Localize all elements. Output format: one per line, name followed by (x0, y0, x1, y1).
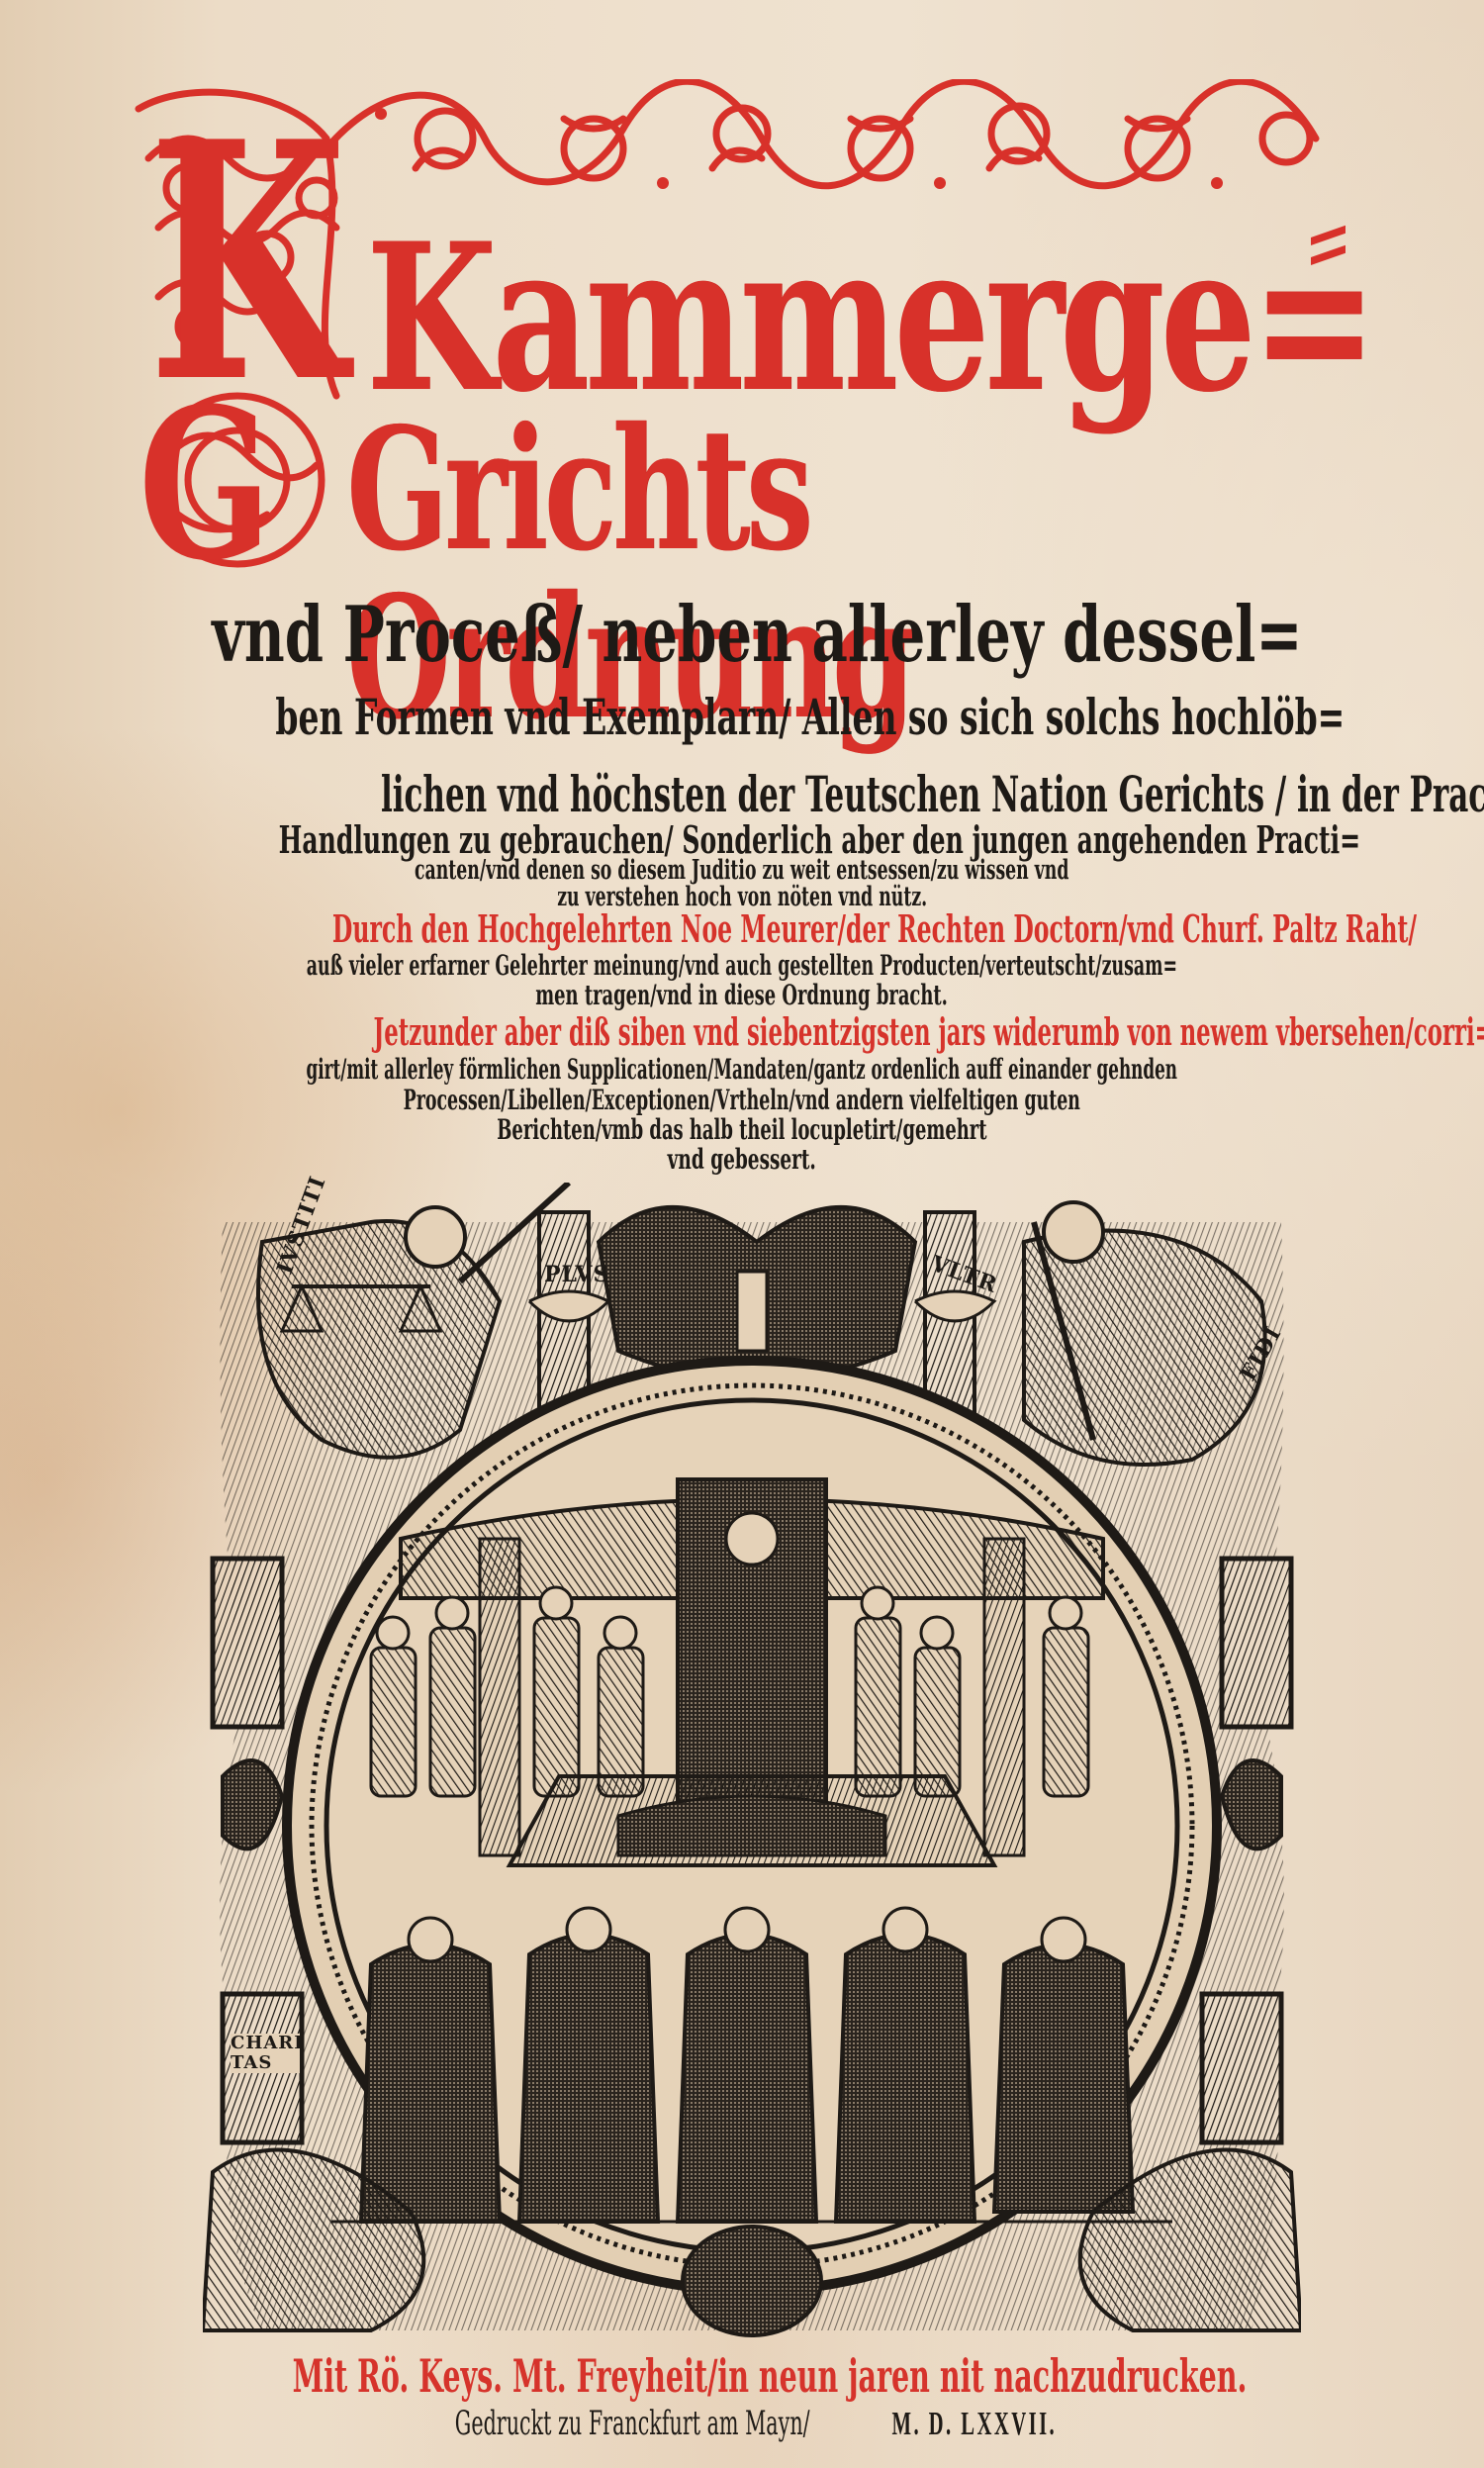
printed-at-text: Gedruckt zu Franckfurt am Mayn/ (455, 2407, 810, 2440)
imprint-line: Gedruckt zu Franckfurt am Mayn/ M. D. LX… (0, 2407, 1484, 2441)
title-page: K G Kammerge= Grichts Ordnung vnd Proceß… (0, 0, 1484, 2468)
body-line-8-text: auß vieler erfarner Gelehrter meinung/vn… (307, 952, 1177, 980)
body-line-9-text: men tragen/vnd in diese Ordnung bracht. (536, 982, 949, 1009)
body-line-11-text: girt/mit allerley förmlichen Supplicatio… (307, 1056, 1178, 1084)
pillar-charitas: CHARI TAS (231, 2034, 300, 2073)
body-line-1: vnd Proceß/ neben allerley dessel= (0, 597, 1484, 674)
woodcut-illustration: IVSTITI PLVS VLTR FIDI CHARI TAS (203, 1183, 1301, 2345)
column-plus: PLVS (544, 1262, 609, 1287)
body-line-2-text: ben Formen vnd Exemplarn/ Allen so sich … (275, 693, 1345, 742)
body-line-11: girt/mit allerley förmlichen Supplicatio… (0, 1056, 1484, 1084)
body-line-4: Handlungen zu gebrauchen/ Sonderlich abe… (0, 821, 1484, 859)
body-line-14: vnd gebessert. (0, 1146, 1484, 1174)
author-line-text: Durch den Hochgelehrten Noe Meurer/der R… (332, 910, 1417, 948)
body-line-9: men tragen/vnd in diese Ordnung bracht. (0, 982, 1484, 1009)
body-line-1-text: vnd Proceß/ neben allerley dessel= (212, 597, 1302, 674)
body-line-5-text: canten/vnd denen so diesem Juditio zu we… (415, 857, 1068, 884)
edition-line: Jetzunder aber diß siben vnd siebentzigs… (0, 1013, 1484, 1051)
body-line-12: Processen/Libellen/Exceptionen/Vrtheln/v… (0, 1087, 1484, 1114)
title-initial-g: G (139, 381, 272, 589)
body-line-12-text: Processen/Libellen/Exceptionen/Vrtheln/v… (404, 1087, 1080, 1114)
privilege-line-text: Mit Rö. Keys. Mt. Freyheit/in neun jaren… (293, 2353, 1248, 2399)
body-line-5: canten/vnd denen so diesem Juditio zu we… (0, 857, 1484, 884)
woodcut-court-scene (203, 1183, 1301, 2345)
body-line-3-text: lichen vnd höchsten der Teutschen Nation… (381, 770, 1484, 819)
body-line-4-text: Handlungen zu gebrauchen/ Sonderlich abe… (279, 821, 1361, 859)
edition-line-text: Jetzunder aber diß siben vnd siebentzigs… (373, 1013, 1484, 1051)
body-line-8: auß vieler erfarner Gelehrter meinung/vn… (0, 952, 1484, 980)
body-line-13: Berichten/vmb das halb theil locupletirt… (0, 1116, 1484, 1144)
body-line-13-text: Berichten/vmb das halb theil locupletirt… (497, 1116, 986, 1144)
title-block: K G Kammerge= Grichts Ordnung (129, 79, 1345, 574)
imprint-year: M. D. LXXVII. (891, 2408, 1057, 2441)
privilege-line: Mit Rö. Keys. Mt. Freyheit/in neun jaren… (0, 2353, 1484, 2399)
body-line-14-text: vnd gebessert. (668, 1146, 816, 1174)
author-line: Durch den Hochgelehrten Noe Meurer/der R… (0, 910, 1484, 948)
body-line-3: lichen vnd höchsten der Teutschen Nation… (0, 770, 1484, 819)
body-line-2: ben Formen vnd Exemplarn/ Allen so sich … (0, 693, 1484, 742)
